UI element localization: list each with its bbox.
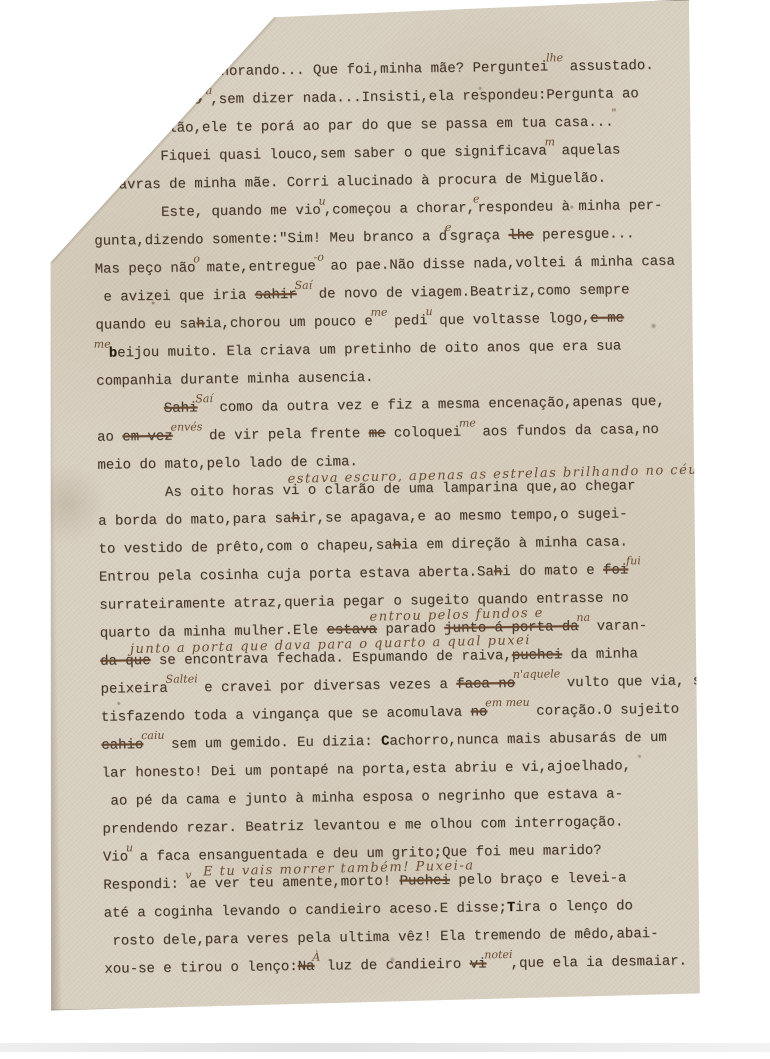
hand-insertion: "	[611, 106, 616, 119]
hand-insertion: -o	[314, 251, 325, 264]
page-left-edge-shadow	[39, 260, 62, 1010]
typed-text: quando eu sa	[95, 316, 196, 333]
struck-text: cahio	[101, 737, 143, 754]
typed-text: Ela soluça	[92, 93, 176, 110]
scanner-streak	[0, 1043, 770, 1052]
hand-insertion: u	[425, 305, 432, 318]
typed-text: sgraça	[450, 228, 509, 245]
typed-text: Mas peço não	[95, 260, 196, 277]
hand-insertion: e	[445, 221, 452, 234]
hand-insertion: Saí	[195, 392, 213, 405]
typed-text: mate,entregue	[198, 259, 316, 277]
typed-text: pedi	[386, 313, 428, 330]
typed-text: seu Miguelão,ele te porá ao par do que s…	[93, 115, 614, 138]
manuscript-text: mãe,encontreia chorando... Que foi,minha…	[92, 58, 697, 990]
typed-text: assustado.	[561, 58, 654, 75]
typed-text: que voltasse logo,	[431, 311, 591, 329]
hand-insertion: lhe	[546, 51, 563, 64]
typed-text: coração.O sujeito	[528, 702, 679, 720]
typed-text: aquelas	[553, 142, 620, 159]
typed-text: aos fundos da casa,no	[474, 422, 659, 441]
struck-text: me	[369, 426, 386, 442]
hand-insertion: a	[199, 56, 206, 69]
typed-text: respondeu à minha per-	[477, 198, 662, 217]
hand-insertion: me	[370, 306, 387, 319]
typed-text: ,começou a chorar,	[324, 200, 475, 218]
typed-text: companhia durante minha ausencia.	[96, 370, 373, 390]
struck-text: Puchei	[399, 873, 450, 890]
typed-text: ir,se apagava,e ao mesmo tempo,o sugei-	[300, 506, 628, 527]
hand-insertion: caiu	[141, 729, 165, 742]
page-top-edge	[267, 0, 689, 6]
hand-insertion: o	[193, 252, 200, 265]
struck-text: foi	[603, 562, 628, 578]
hand-insertion: v	[185, 868, 191, 881]
typed-text: e cravei por diversas vezes a	[196, 677, 457, 697]
struck-text: Sahi	[164, 400, 198, 416]
page-bottom-edge	[51, 1000, 693, 1012]
typed-text: coloquei	[385, 425, 461, 442]
typed-text: luz de candieiro	[318, 957, 469, 975]
typed-text: a borda do mato,para sa	[98, 511, 291, 530]
hand-insertion: notei	[484, 948, 512, 961]
typed-text: de novo de viagem.Beatriz,como sempre	[310, 282, 629, 302]
typed-text: vulto que via, sa-	[558, 673, 718, 691]
struck-text: em vez	[122, 429, 173, 446]
typed-text: e avizei que iria	[103, 288, 254, 306]
hand-insertion: envés	[170, 420, 202, 433]
hand-insertion: na	[576, 611, 590, 624]
typed-text: ia,chorou um pouco e	[205, 314, 373, 332]
typed-text: peixeira	[100, 681, 167, 698]
typed-text: de vir pela frente	[201, 426, 369, 444]
typed-text: ira o lenço do	[515, 898, 633, 916]
typed-text: ,que ela ia desmaiar.	[511, 954, 688, 972]
typed-text: chorando... Que foi,minha mãe? Perguntei	[204, 59, 549, 80]
typed-text: Este, quando me vio	[161, 203, 321, 221]
typed-text: i do mato e	[502, 563, 603, 580]
typed-text: Vio	[103, 849, 128, 865]
hand-insertion: fui	[626, 554, 641, 567]
typed-text: da minha	[562, 646, 638, 663]
hand-insertion: em meu	[485, 696, 530, 710]
overwritten-letter: T	[507, 900, 516, 916]
typed-text: peresgue...	[534, 226, 635, 243]
typed-text: mãe,encontrei	[92, 64, 201, 82]
struck-text: faca no	[456, 676, 515, 693]
hand-insertion: va	[199, 84, 212, 97]
hand-insertion: m	[545, 135, 556, 148]
typed-text: pelo braço e levei-a	[450, 870, 627, 888]
typed-text: Respondi:	[103, 877, 187, 894]
hand-insertion: me	[94, 338, 111, 351]
typed-text: ia em direção à minha casa.	[401, 534, 628, 553]
struck-text: ndo	[176, 92, 201, 108]
typed-text: to vestido de prêto,com o chapeu,sa	[98, 538, 392, 558]
struck-text: puchei	[512, 647, 563, 664]
hand-insertion: Saí	[294, 279, 312, 292]
typed-text: sem um gemido. Eu dizia:	[163, 734, 382, 753]
hand-insertion: À	[312, 951, 320, 964]
struck-text: h	[291, 511, 300, 527]
hand-insertion: me	[459, 416, 476, 429]
struck-text: e me	[590, 310, 624, 326]
scan-viewport: 6 mãe,encontreia chorando... Que foi,min…	[0, 0, 770, 1059]
scanned-page: 6 mãe,encontreia chorando... Que foi,min…	[29, 0, 703, 1015]
hand-insertion: u	[318, 195, 325, 208]
struck-text: sahir	[255, 287, 297, 304]
hand-insertion: Saltei	[166, 672, 198, 685]
hand-insertion: n'aquele	[513, 667, 561, 681]
typed-text: ao	[97, 429, 122, 445]
typed-text: varan-	[588, 618, 647, 635]
hand-insertion: e	[473, 192, 480, 205]
hand-insertion: u	[126, 841, 133, 854]
struck-text: lhe	[508, 228, 533, 244]
typed-text: achorro,nunca mais abusarás de um	[389, 730, 666, 750]
typed-text: xou-se e tirou o lenço:	[104, 959, 297, 978]
page-number: 6	[207, 26, 216, 43]
